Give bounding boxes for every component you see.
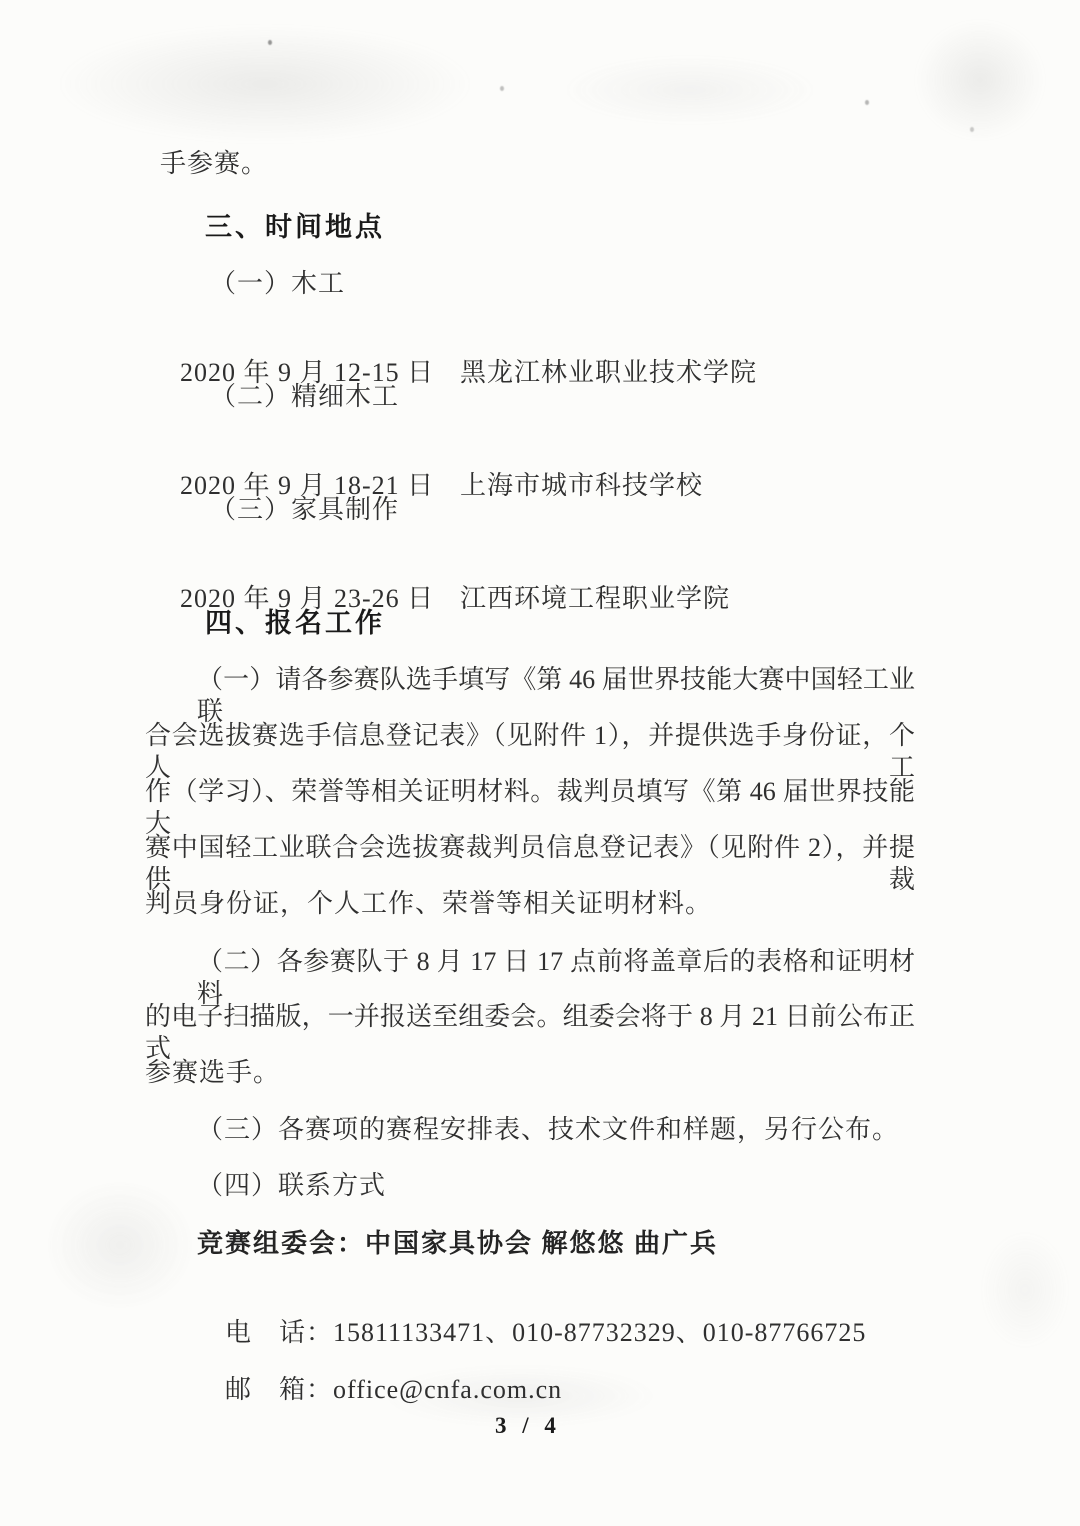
scan-smudge <box>980 1230 1070 1350</box>
event-label-woodworking: （一）木工 <box>210 268 345 300</box>
email-label: 邮 箱： <box>225 1375 333 1404</box>
paragraph-line: 判员身份证，个人工作、荣誉等相关证明材料。 <box>145 888 712 920</box>
paragraph-line: 赛中国轻工业联合会选拔赛裁判员信息登记表》（见附件 2），并提供裁 <box>145 832 915 896</box>
scan-speck <box>268 40 272 45</box>
paragraph-continuation: 手参赛。 <box>160 148 268 180</box>
section-heading-registration: 四、报名工作 <box>205 607 385 639</box>
paragraph-line: 合会选拔赛选手信息登记表》（见附件 1），并提供选手身份证，个人工 <box>145 720 915 784</box>
event-label-furniture-making: （三）家具制作 <box>210 494 399 526</box>
scanned-document-page: 手参赛。 三、时间地点 （一）木工 2020 年 9 月 12-15 日黑龙江林… <box>0 0 1080 1526</box>
paragraph-line: （一）请各参赛队选手填写《第 46 届世界技能大赛中国轻工业联 <box>197 664 915 728</box>
schedule-venue: 黑龙江林业职业技术学院 <box>460 358 757 387</box>
schedule-venue: 上海市城市科技学校 <box>460 471 703 500</box>
scan-speck <box>865 100 869 105</box>
scan-smudge <box>560 55 820 125</box>
scan-smudge <box>45 1180 195 1310</box>
scan-smudge <box>915 20 1045 140</box>
scan-speck <box>970 127 974 132</box>
paragraph-line: （四）联系方式 <box>197 1170 386 1202</box>
scan-speck <box>500 86 504 91</box>
schedule-venue: 江西环境工程职业学院 <box>460 584 730 613</box>
contact-committee: 竞赛组委会：中国家具协会 解悠悠 曲广兵 <box>197 1228 718 1260</box>
paragraph-line: （三）各赛项的赛程安排表、技术文件和样题，另行公布。 <box>197 1114 899 1146</box>
paragraph-line: 参赛选手。 <box>145 1057 280 1089</box>
scan-smudge <box>55 25 475 143</box>
page-number: 3 / 4 <box>0 1410 1068 1442</box>
email-address: office@cnfa.com.cn <box>333 1375 562 1404</box>
section-heading-time-place: 三、时间地点 <box>205 211 385 243</box>
paragraph-line: 的电子扫描版，一并报送至组委会。组委会将于 8 月 21 日前公布正式 <box>145 1001 915 1065</box>
paragraph-line: 作（学习）、荣誉等相关证明材料。裁判员填写《第 46 届世界技能大 <box>145 776 915 840</box>
event-label-cabinetmaking: （二）精细木工 <box>210 381 399 413</box>
